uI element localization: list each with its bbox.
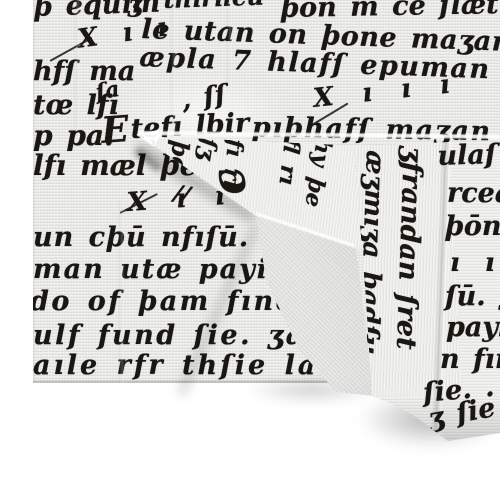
manuscript-text-segment: hy þe — [301, 136, 335, 209]
manuscript-text-segment: ʒ — [128, 0, 142, 16]
fabric-swatch-photo: þ equımʒthırılcūþon m ce ſlætX ı ıle uta… — [0, 0, 500, 500]
fabric-crease — [74, 0, 80, 130]
manuscript-text-segment: payid — [446, 314, 500, 341]
manuscript-text-segment: rceap — [447, 180, 500, 207]
manuscript-text-segment: ſa — [94, 78, 121, 104]
manuscript-text-segment: þōn he — [445, 213, 500, 240]
manuscript-text-segment: thırılcū — [163, 0, 264, 12]
fabric-crease — [170, 0, 176, 140]
manuscript-text-segment: ulaſ e — [437, 140, 500, 170]
manuscript-text-segment: þon m ce ſlæt — [280, 0, 499, 22]
manuscript-text-segment: ſū. ʒe — [445, 283, 500, 310]
manuscript-text-segment: ſʒ — [195, 137, 220, 162]
manuscript-text-segment: hfſ ma — [33, 58, 135, 85]
manuscript-text-segment: ʒfrandan ſret — [392, 146, 426, 350]
manuscript-text-segment: ı ı ı ı — [450, 250, 500, 276]
manuscript-text-segment: E — [100, 111, 130, 149]
manuscript-text-segment: n fıno — [440, 346, 500, 373]
manuscript-text-segment: fl rı — [275, 136, 303, 186]
fabric-crease — [226, 0, 232, 90]
fabric-crease — [118, 200, 124, 383]
